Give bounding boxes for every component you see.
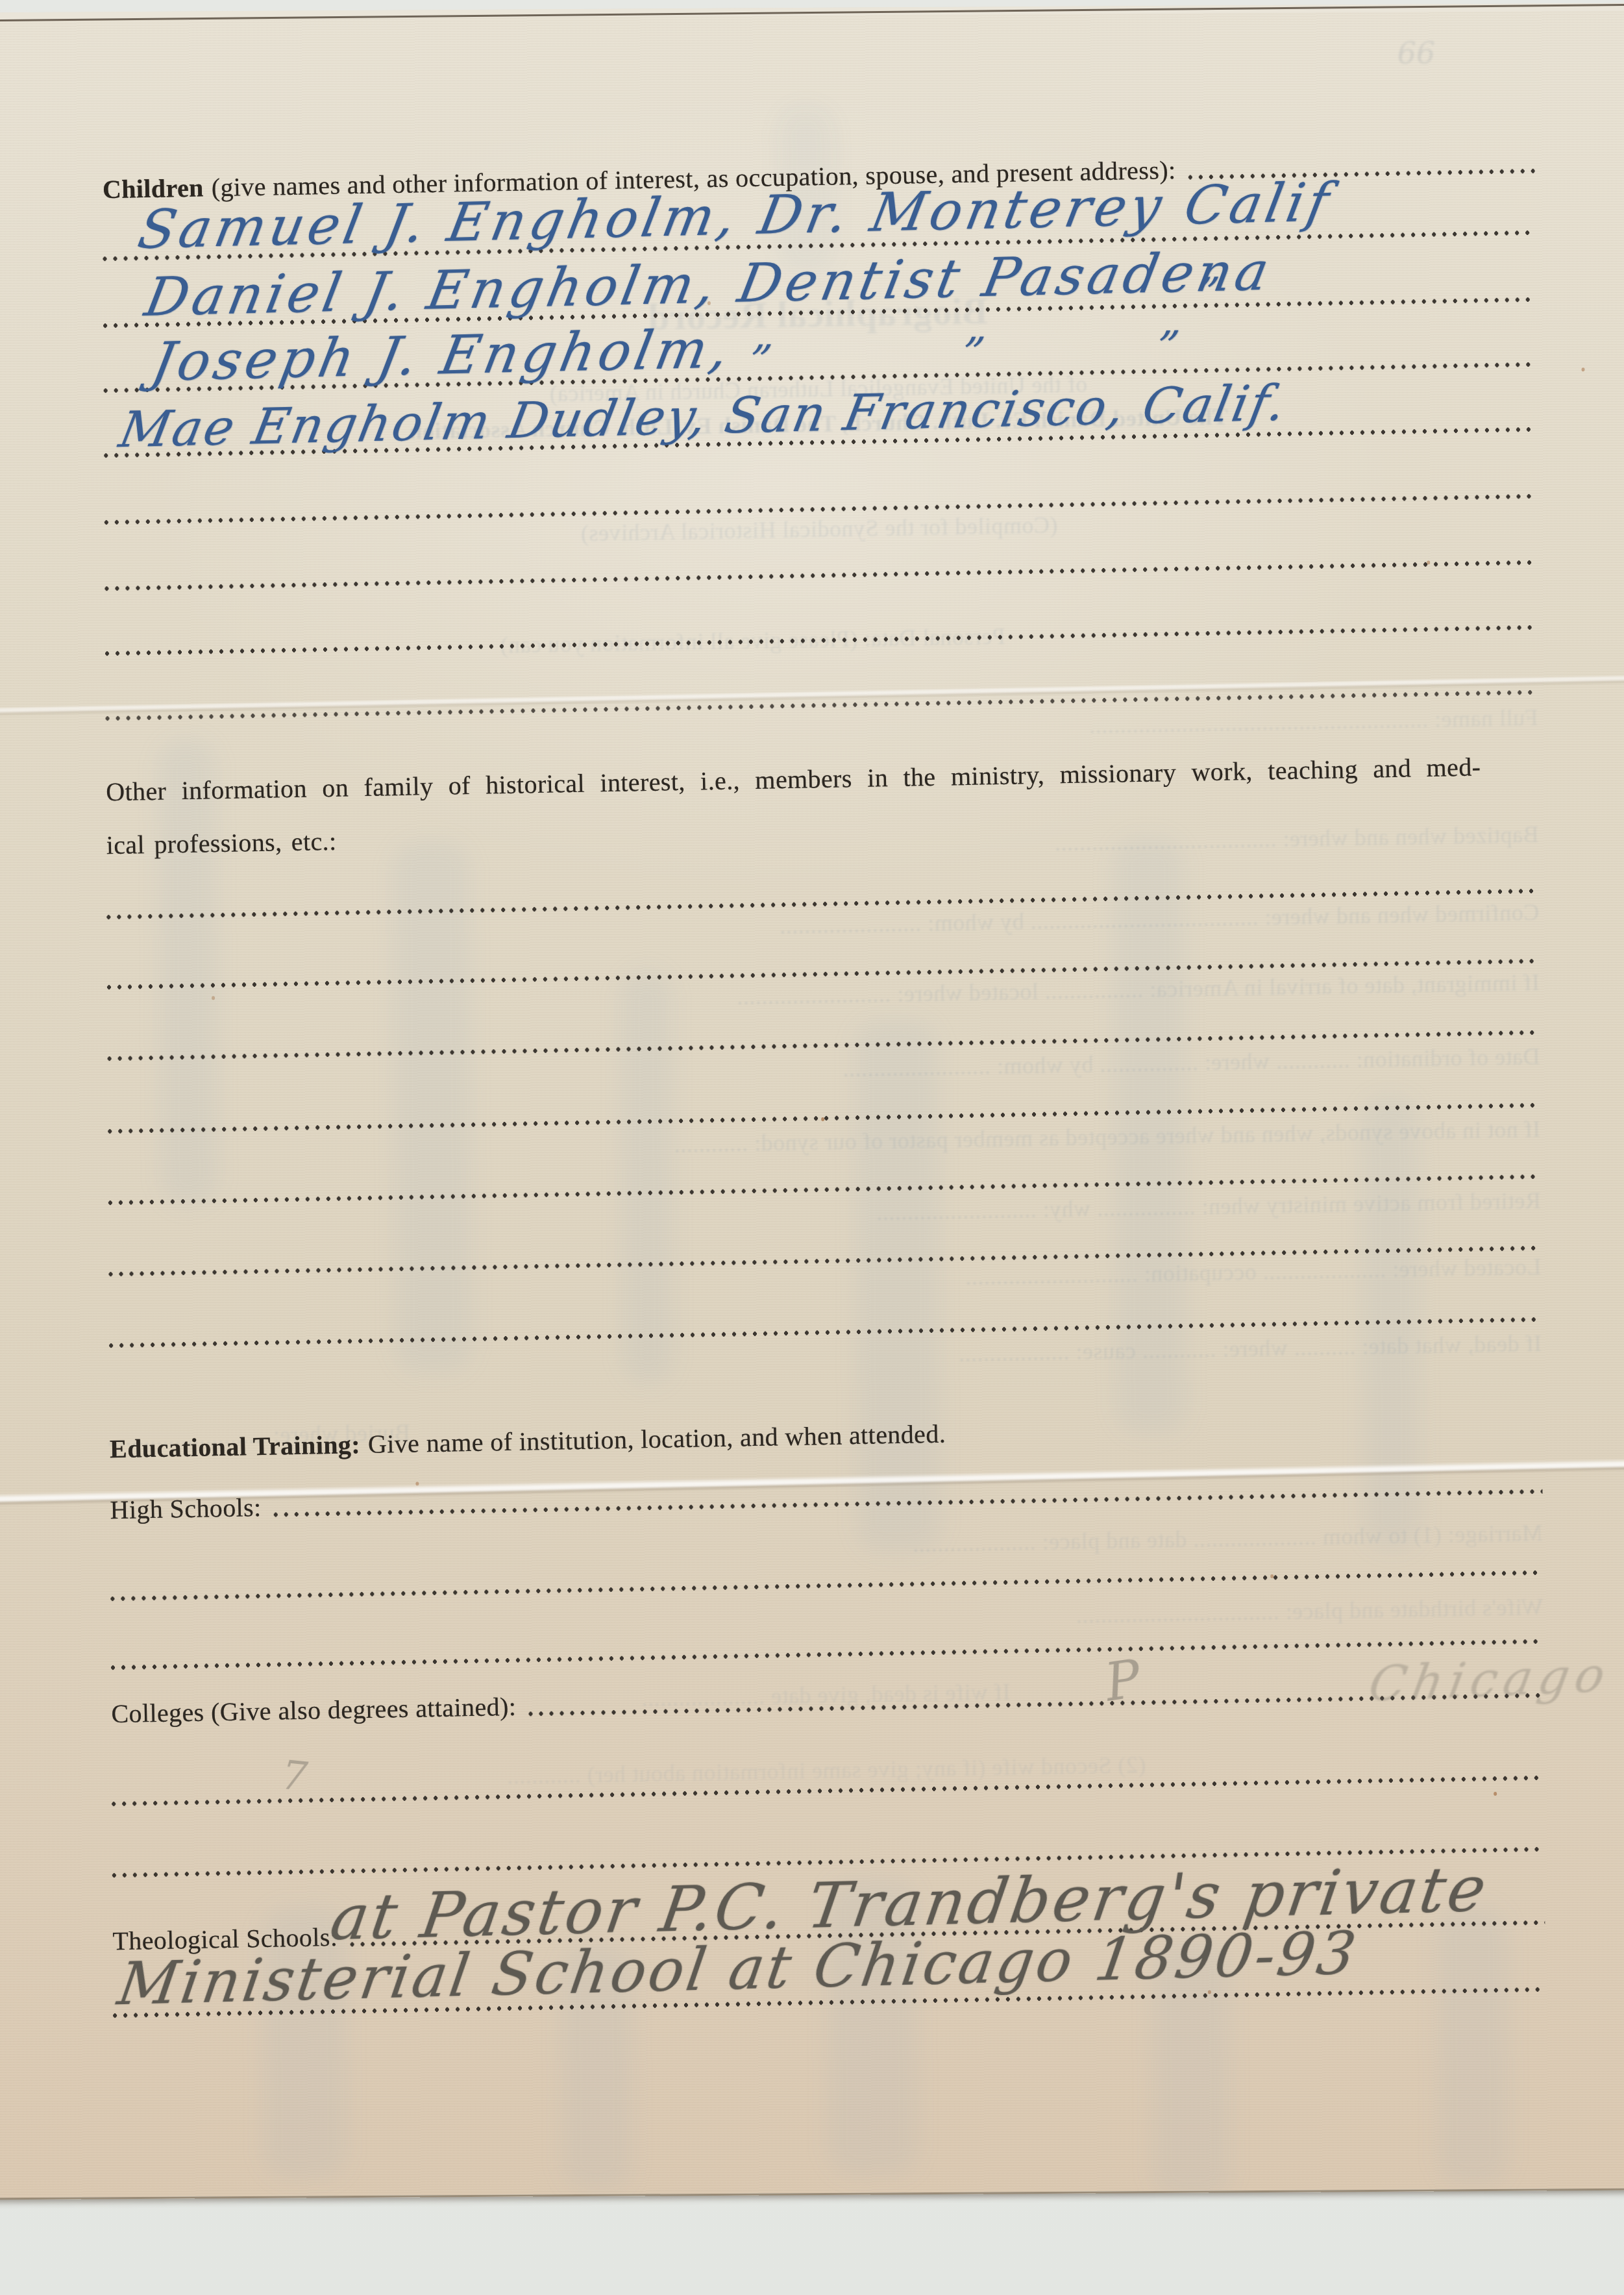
high-schools-label: High Schools: bbox=[110, 1492, 262, 1525]
ditto-mark: ” bbox=[1153, 326, 1182, 368]
corner-pencil-mark: 66 bbox=[1397, 38, 1436, 68]
ditto-mark: ” bbox=[958, 332, 987, 375]
bleedthrough-line: Marriage: (1) to whom ..................… bbox=[107, 1519, 1543, 1572]
colleges-label: Colleges (Give also degrees attained): bbox=[111, 1691, 517, 1729]
bleedthrough-line: If not in above synods, when and where a… bbox=[105, 1115, 1540, 1169]
bleedthrough-line: If dead, what date: .......... where: ..… bbox=[106, 1330, 1542, 1383]
form-page: Biographical Record of the United Evange… bbox=[0, 3, 1624, 2200]
scanned-document: Biographical Record of the United Evange… bbox=[0, 0, 1624, 2295]
education-label: Educational Training: bbox=[110, 1429, 361, 1464]
wash-streak bbox=[158, 738, 219, 1206]
wash-streak bbox=[1436, 1906, 1509, 2186]
erased-pencil-word: Chicago bbox=[1366, 1650, 1615, 1708]
high-schools-row: High Schools: bbox=[110, 1469, 1542, 1525]
handwritten-child-entry: Joseph J. Engholm, bbox=[148, 323, 737, 390]
pencil-seven-mark: 7 bbox=[280, 1755, 309, 1798]
other-info-line1: Other information on family of historica… bbox=[106, 750, 1553, 807]
bleedthrough-line: Date of ordination: ............ where: … bbox=[105, 1043, 1540, 1096]
answer-line bbox=[101, 560, 1537, 592]
bleedthrough-line: Retired from active ministry when: .....… bbox=[105, 1187, 1541, 1240]
bleedthrough-line: Wife's birthdate and place: ............… bbox=[107, 1593, 1543, 1646]
pencil-loop-mark: P bbox=[1102, 1653, 1144, 1709]
wash-streak bbox=[620, 969, 674, 1385]
answer-line bbox=[108, 1639, 1544, 1671]
